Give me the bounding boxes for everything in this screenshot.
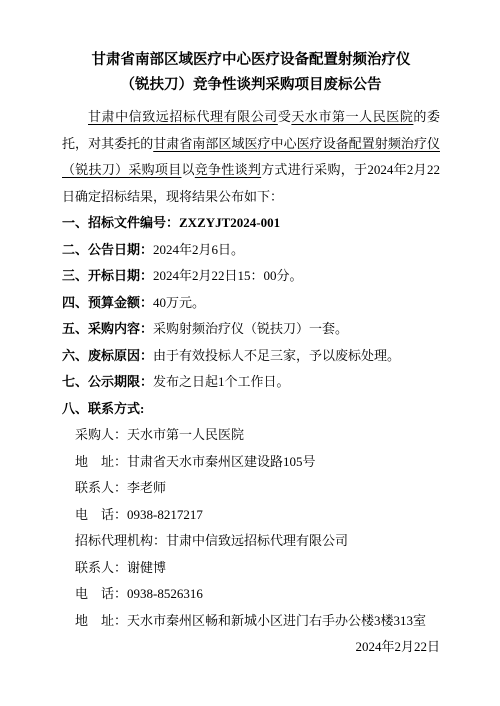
item-value: ZXZYJT2024-001: [179, 215, 280, 230]
underlined-text-segment: 竞争性谈判: [195, 162, 261, 177]
contact-item: 电 话：0938-8526316: [62, 581, 440, 608]
contact-item: 招标代理机构：甘肃中信致远招标代理有限公司: [62, 528, 440, 555]
document-date: 2024年2月22日: [62, 634, 440, 661]
contact-label: 采购人：: [75, 427, 127, 442]
contact-value: 甘肃中信致远招标代理有限公司: [166, 533, 348, 548]
contact-value: 天水市秦州区畅和新城小区进门右手办公楼3楼313室: [127, 613, 426, 628]
contact-value: 0938-8526316: [127, 586, 203, 601]
item-label: 八、联系方式:: [62, 401, 144, 416]
numbered-item: 八、联系方式:: [62, 396, 440, 423]
underlined-text-segment: 天水市第一人民医院: [291, 109, 413, 124]
contact-value: 天水市第一人民医院: [127, 427, 244, 442]
item-value: 2024年2月22日15：00分。: [153, 268, 303, 283]
underlined-text-segment: 甘肃中信致远招标代理有限公司: [88, 109, 278, 124]
contact-value: 谢健博: [127, 560, 166, 575]
text-segment: 以: [181, 162, 194, 177]
intro-paragraph: 甘肃中信致远招标代理有限公司受天水市第一人民医院的委托，对其委托的甘肃省南部区域…: [62, 104, 440, 210]
contact-item: 联系人：谢健博: [62, 555, 440, 582]
item-label: 四、预算金额：: [62, 295, 153, 310]
item-value: 由于有效投标人不足三家，予以废标处理。: [153, 348, 400, 363]
contact-label: 电 话：: [75, 586, 127, 601]
numbered-item: 二、公告日期：2024年2月6日。: [62, 237, 440, 264]
numbered-item: 六、废标原因：由于有效投标人不足三家，予以废标处理。: [62, 343, 440, 370]
item-value: 发布之日起1个工作日。: [153, 374, 290, 389]
item-label: 五、采购内容：: [62, 321, 153, 336]
page-title: 甘肃省南部区域医疗中心医疗设备配置射频治疗仪 （锐扶刀）竞争性谈判采购项目废标公…: [62, 48, 440, 98]
document-page: 甘肃省南部区域医疗中心医疗设备配置射频治疗仪 （锐扶刀）竞争性谈判采购项目废标公…: [0, 0, 500, 706]
item-label: 三、开标日期：: [62, 268, 153, 283]
contact-label: 电 话：: [75, 507, 127, 522]
item-label: 一、招标文件编号：: [62, 215, 179, 230]
contact-list: 采购人：天水市第一人民医院地 址：甘肃省天水市秦州区建设路105号联系人：李老师…: [62, 422, 440, 634]
title-line-1: 甘肃省南部区域医疗中心医疗设备配置射频治疗仪: [92, 52, 411, 68]
title-line-2: （锐扶刀）竞争性谈判采购项目废标公告: [121, 77, 382, 93]
numbered-list: 一、招标文件编号：ZXZYJT2024-001二、公告日期：2024年2月6日。…: [62, 210, 440, 422]
item-value: 采购射频治疗仪（锐扶刀）一套。: [153, 321, 348, 336]
text-segment: 受: [278, 109, 292, 124]
contact-item: 地 址：甘肃省天水市秦州区建设路105号: [62, 449, 440, 476]
numbered-item: 七、公示期限：发布之日起1个工作日。: [62, 369, 440, 396]
contact-label: 联系人：: [75, 480, 127, 495]
contact-value: 0938-8217217: [127, 507, 203, 522]
contact-item: 地 址：天水市秦州区畅和新城小区进门右手办公楼3楼313室: [62, 608, 440, 635]
contact-item: 采购人：天水市第一人民医院: [62, 422, 440, 449]
contact-item: 电 话：0938-8217217: [62, 502, 440, 529]
numbered-item: 五、采购内容：采购射频治疗仪（锐扶刀）一套。: [62, 316, 440, 343]
contact-label: 地 址：: [75, 454, 127, 469]
contact-label: 地 址：: [75, 613, 127, 628]
item-value: 40万元。: [153, 295, 205, 310]
item-label: 七、公示期限：: [62, 374, 153, 389]
numbered-item: 三、开标日期：2024年2月22日15：00分。: [62, 263, 440, 290]
contact-label: 联系人：: [75, 560, 127, 575]
numbered-item: 一、招标文件编号：ZXZYJT2024-001: [62, 210, 440, 237]
contact-value: 甘肃省天水市秦州区建设路105号: [127, 454, 316, 469]
item-label: 二、公告日期：: [62, 242, 153, 257]
item-value: 2024年2月6日。: [153, 242, 244, 257]
contact-label: 招标代理机构：: [75, 533, 166, 548]
item-label: 六、废标原因：: [62, 348, 153, 363]
contact-item: 联系人：李老师: [62, 475, 440, 502]
numbered-item: 四、预算金额：40万元。: [62, 290, 440, 317]
contact-value: 李老师: [127, 480, 166, 495]
